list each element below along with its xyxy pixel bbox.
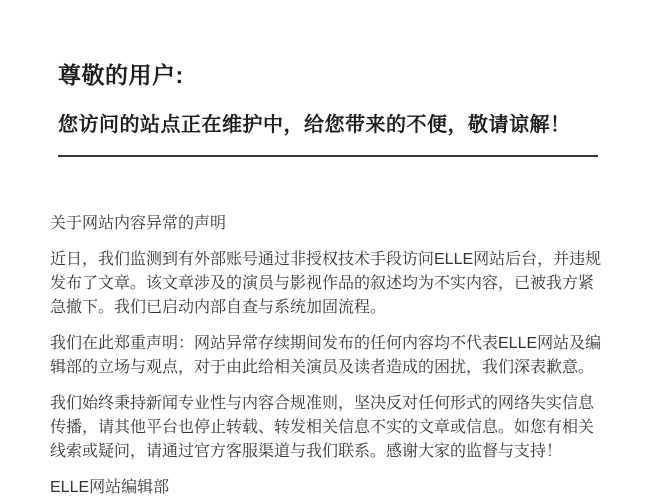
salutation-heading: 尊敬的用户:: [58, 64, 650, 87]
maintenance-notice-page: 尊敬的用户: 您访问的站点正在维护中，给您带来的不便，敬请谅解！ 关于网站内容异…: [0, 0, 650, 499]
statement-title: 关于网站内容异常的声明: [50, 212, 598, 236]
divider-rule: [58, 155, 598, 157]
paragraph-line: 线索或疑问，请通过官方客服渠道与我们联系。感谢大家的监督与支持！: [50, 440, 598, 464]
paragraph-line: 近日，我们监测到有外部账号通过非授权技术手段访问ELLE网站后台，并违规: [50, 248, 598, 272]
statement-paragraph-1: 近日，我们监测到有外部账号通过非授权技术手段访问ELLE网站后台，并违规 发布了…: [50, 248, 598, 320]
paragraph-line: 辑部的立场与观点，对于由此给相关演员及读者造成的困扰，我们深表歉意。: [50, 356, 598, 380]
maintenance-banner: 尊敬的用户: 您访问的站点正在维护中，给您带来的不便，敬请谅解！: [0, 0, 650, 157]
paragraph-line: 我们在此郑重声明：网站异常存续期间发布的任何内容均不代表ELLE网站及编: [50, 332, 598, 356]
paragraph-line: 急撤下。我们已启动内部自查与系统加固流程。: [50, 296, 598, 320]
signature: ELLE网站编辑部: [50, 476, 598, 499]
paragraph-line: 发布了文章。该文章涉及的演员与影视作品的叙述均为不实内容，已被我方紧: [50, 272, 598, 296]
statement-section: 关于网站内容异常的声明 近日，我们监测到有外部账号通过非授权技术手段访问ELLE…: [50, 212, 598, 499]
maintenance-message: 您访问的站点正在维护中，给您带来的不便，敬请谅解！: [58, 114, 650, 137]
paragraph-line: 传播，请其他平台也停止转载、转发相关信息不实的文章或信息。如您有相关: [50, 416, 598, 440]
statement-paragraph-3: 我们始终秉持新闻专业性与内容合规准则，坚决反对任何形式的网络失实信息 传播，请其…: [50, 392, 598, 464]
statement-paragraph-2: 我们在此郑重声明：网站异常存续期间发布的任何内容均不代表ELLE网站及编 辑部的…: [50, 332, 598, 380]
paragraph-line: 我们始终秉持新闻专业性与内容合规准则，坚决反对任何形式的网络失实信息: [50, 392, 598, 416]
